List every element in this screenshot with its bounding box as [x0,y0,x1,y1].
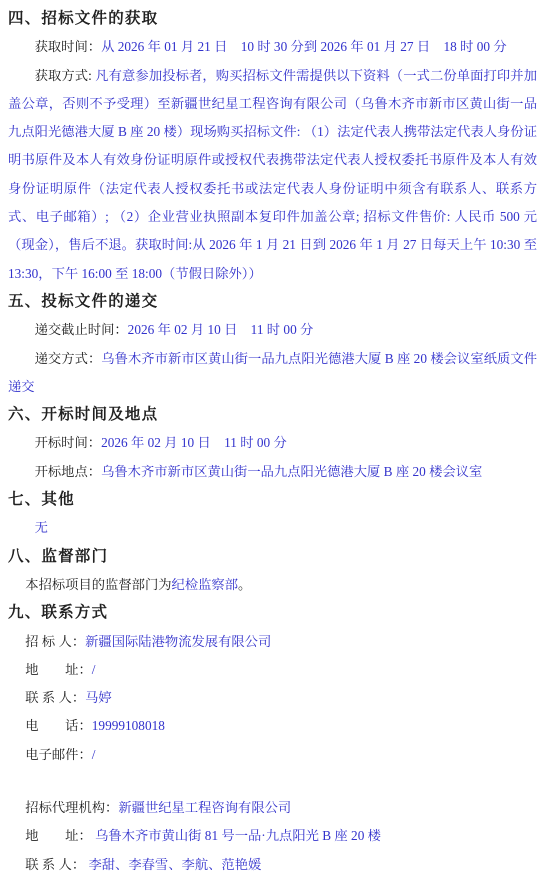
submission-deadline-line: 递交截止时间：2026 年 02 月 10 日 11 时 00 分 [8,316,537,344]
opening-time-line: 开标时间：2026 年 02 月 10 日 11 时 00 分 [8,429,537,457]
tenderer-phone-line: 电 话：19999108018 [8,712,537,740]
field-value: 新疆国际陆港物流发展有限公司 [85,634,271,649]
field-value: 李甜、李春雪、李航、范艳媛 [88,857,261,872]
field-label: 地 址： [25,662,91,677]
field-value: 纪检监察部 [172,577,238,592]
field-value: 新疆世纪星工程咨询有限公司 [118,800,291,815]
field-value: 乌鲁木齐市黄山街 81 号一品·九点阳光 B 座 20 楼 [95,828,381,843]
field-label: 获取时间： [35,39,101,54]
field-value: 2026 年 02 月 10 日 11 时 00 分 [101,435,287,450]
tender-notice-document: 四、招标文件的获取 获取时间：从 2026 年 01 月 21 日 10 时 3… [8,5,537,879]
section-heading-contact-info: 九、联系方式 [8,599,537,627]
field-value: 19999108018 [92,718,165,733]
field-value: 无 [35,520,48,535]
acquisition-time-line: 获取时间：从 2026 年 01 月 21 日 10 时 30 分到 2026 … [8,33,537,61]
tenderer-address-line: 地 址：/ [8,656,537,684]
field-label: 电子邮件： [25,747,91,762]
field-label: 递交截止时间： [35,322,128,337]
section-heading-bid-submission: 五、投标文件的递交 [8,288,537,316]
tenderer-line: 招 标 人：新疆国际陆港物流发展有限公司 [8,628,537,656]
blank-line [8,769,537,794]
tenderer-email-line: 电子邮件：/ [8,741,537,769]
section-heading-bid-opening: 六、开标时间及地点 [8,401,537,429]
sentence-period: 。 [238,577,251,592]
agency-line: 招标代理机构：新疆世纪星工程咨询有限公司 [8,794,537,822]
field-value: / [92,747,96,762]
opening-location-line: 开标地点：乌鲁木齐市新市区黄山街一品九点阳光德港大厦 B 座 20 楼会议室 [8,458,537,486]
field-value: / [92,662,96,677]
section-heading-document-acquisition: 四、招标文件的获取 [8,5,537,33]
field-value: 2026 年 02 月 10 日 11 时 00 分 [128,322,314,337]
section-heading-supervision-department: 八、监督部门 [8,543,537,571]
field-label: 获取方式: [35,68,96,83]
field-label: 开标地点： [35,464,101,479]
field-value: 从 2026 年 01 月 21 日 10 时 30 分到 2026 年 01 … [101,39,507,54]
field-value: 凡有意参加投标者，购买招标文件需提供以下资料（一式二份单面打印并加盖公章，否则不… [8,68,537,281]
field-label: 开标时间： [35,435,101,450]
field-label: 本招标项目的监督部门为 [25,577,171,592]
field-label: 联 系 人： [25,690,85,705]
tenderer-contact-person-line: 联 系 人：马婷 [8,684,537,712]
agency-contact-person-line: 联 系 人： 李甜、李春雪、李航、范艳媛 [8,851,537,879]
field-value: 马婷 [85,690,112,705]
field-label: 电 话： [25,718,91,733]
agency-address-line: 地 址： 乌鲁木齐市黄山街 81 号一品·九点阳光 B 座 20 楼 [8,822,537,850]
supervision-line: 本招标项目的监督部门为纪检监察部。 [8,571,537,599]
others-line: 无 [8,514,537,542]
acquisition-method-paragraph: 获取方式: 凡有意参加投标者，购买招标文件需提供以下资料（一式二份单面打印并加盖… [8,62,537,288]
field-label: 招 标 人： [25,634,85,649]
field-label: 地 址： [25,828,95,843]
field-label: 联 系 人： [25,857,88,872]
field-value: 乌鲁木齐市新市区黄山街一品九点阳光德港大厦 B 座 20 楼会议室 [101,464,482,479]
submission-method-line: 递交方式：乌鲁木齐市新市区黄山街一品九点阳光德港大厦 B 座 20 楼会议室纸质… [8,345,537,402]
field-label: 递交方式： [35,351,102,366]
section-heading-others: 七、其他 [8,486,537,514]
field-label: 招标代理机构： [25,800,118,815]
